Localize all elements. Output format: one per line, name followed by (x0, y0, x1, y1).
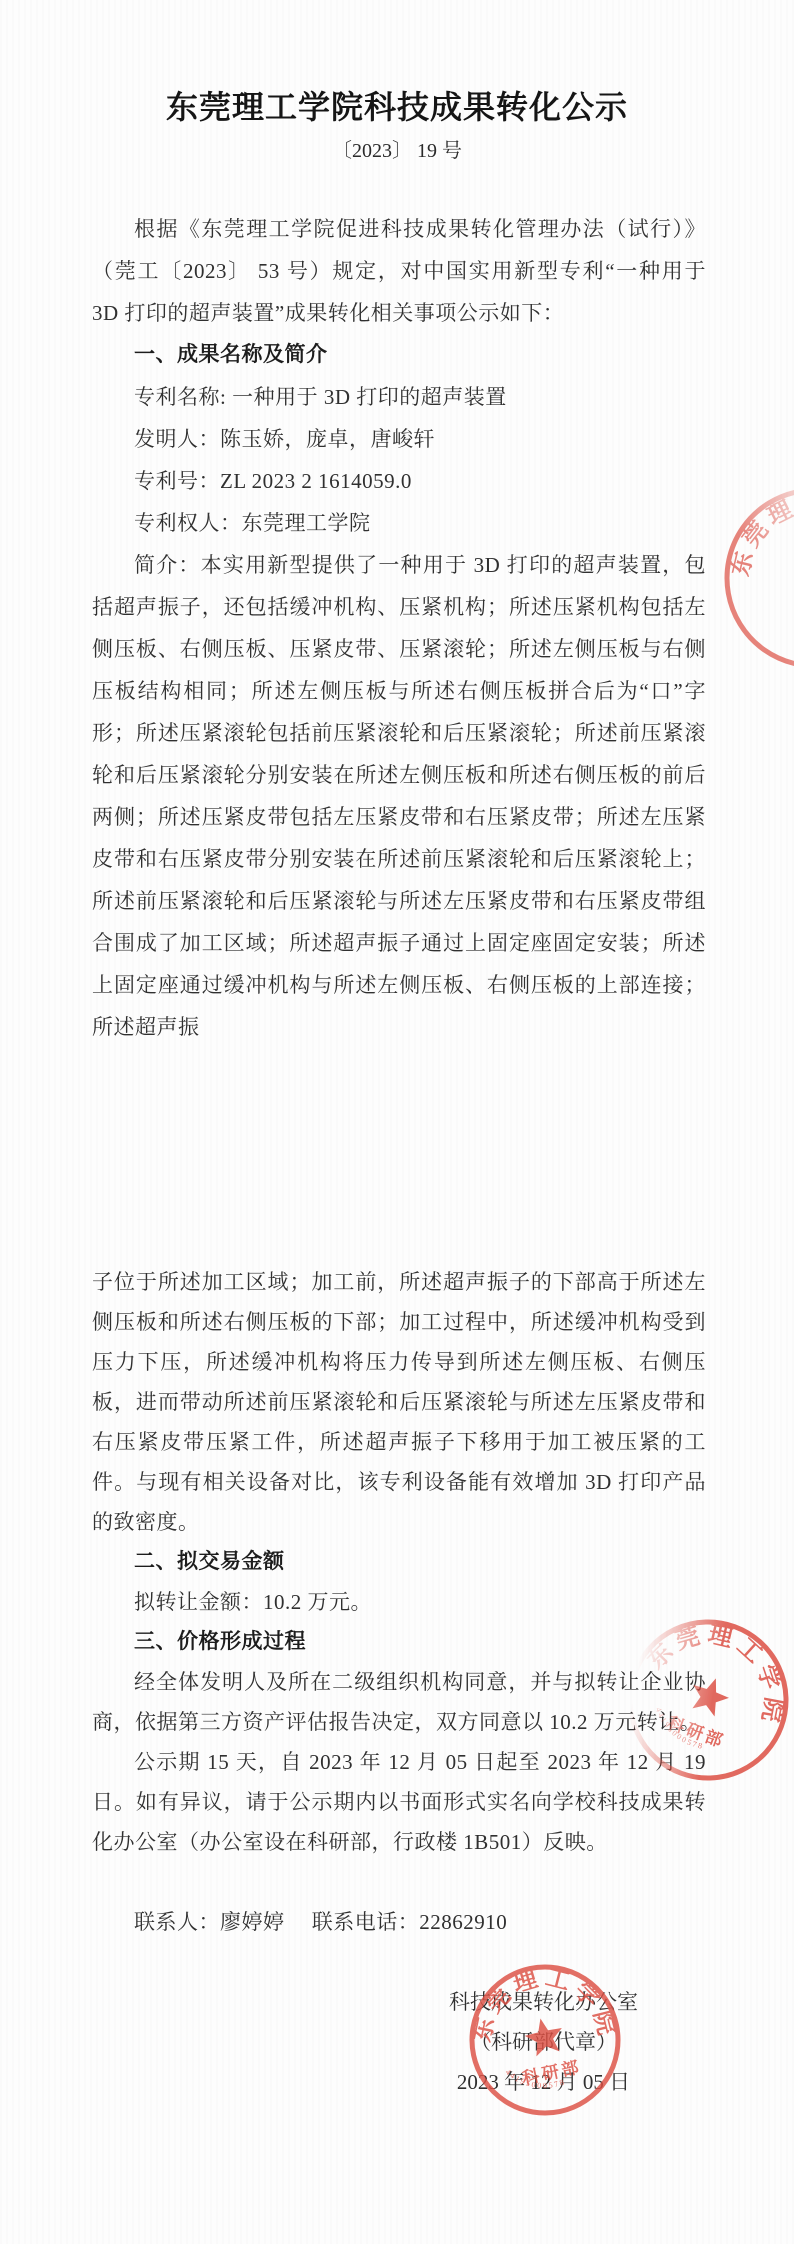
transfer-amount-line: 拟转让金额：10.2 万元。 (92, 1582, 706, 1622)
patent-name-line: 专利名称: 一种用于 3D 打印的超声装置 (92, 376, 706, 418)
publicity-period-paragraph: 公示期 15 天，自 2023 年 12 月 05 日起至 2023 年 12 … (92, 1742, 706, 1862)
doc-number: 〔2023〕 19 号 (0, 134, 794, 168)
signature-block: 科技成果转化办公室 （科研部代章） 2023 年 12 月 05 日 (449, 1982, 638, 2102)
page-break-gap (92, 1048, 706, 1262)
signature-seal-note: （科研部代章） (449, 2022, 638, 2062)
document-body: 根据《东莞理工学院促进科技成果转化管理办法（试行）》（莞工〔2023〕 53 号… (0, 208, 794, 1942)
intro-paragraph: 根据《东莞理工学院促进科技成果转化管理办法（试行）》（莞工〔2023〕 53 号… (92, 208, 706, 334)
summary-part1: 简介：本实用新型提供了一种用于 3D 打印的超声装置，包括超声振子，还包括缓冲机… (92, 544, 706, 1048)
inventors-line: 发明人：陈玉娇，庞卓，唐峻轩 (92, 418, 706, 460)
price-process-paragraph: 经全体发明人及所在二级组织机构同意，并与拟转让企业协商，依据第三方资产评估报告决… (92, 1662, 706, 1742)
section3-heading: 三、价格形成过程 (92, 1622, 706, 1662)
contact-line: 联系人：廖婷婷 联系电话：22862910 (92, 1902, 706, 1942)
signature-office: 科技成果转化办公室 (449, 1982, 638, 2022)
section2-heading: 二、拟交易金额 (92, 1542, 706, 1582)
page-title: 东莞理工学院科技成果转化公示 (0, 84, 794, 130)
signature-date: 2023 年 12 月 05 日 (449, 2062, 638, 2102)
announcement-document: 东莞理工学院科技成果转化公示 〔2023〕 19 号 根据《东莞理工学院促进科技… (0, 0, 794, 2244)
patent-number-line: 专利号：ZL 2023 2 1614059.0 (92, 460, 706, 502)
summary-part2: 子位于所述加工区域；加工前，所述超声振子的下部高于所述左侧压板和所述右侧压板的下… (92, 1262, 706, 1542)
section1-heading: 一、成果名称及简介 (92, 334, 706, 376)
patent-holder-line: 专利权人：东莞理工学院 (92, 502, 706, 544)
